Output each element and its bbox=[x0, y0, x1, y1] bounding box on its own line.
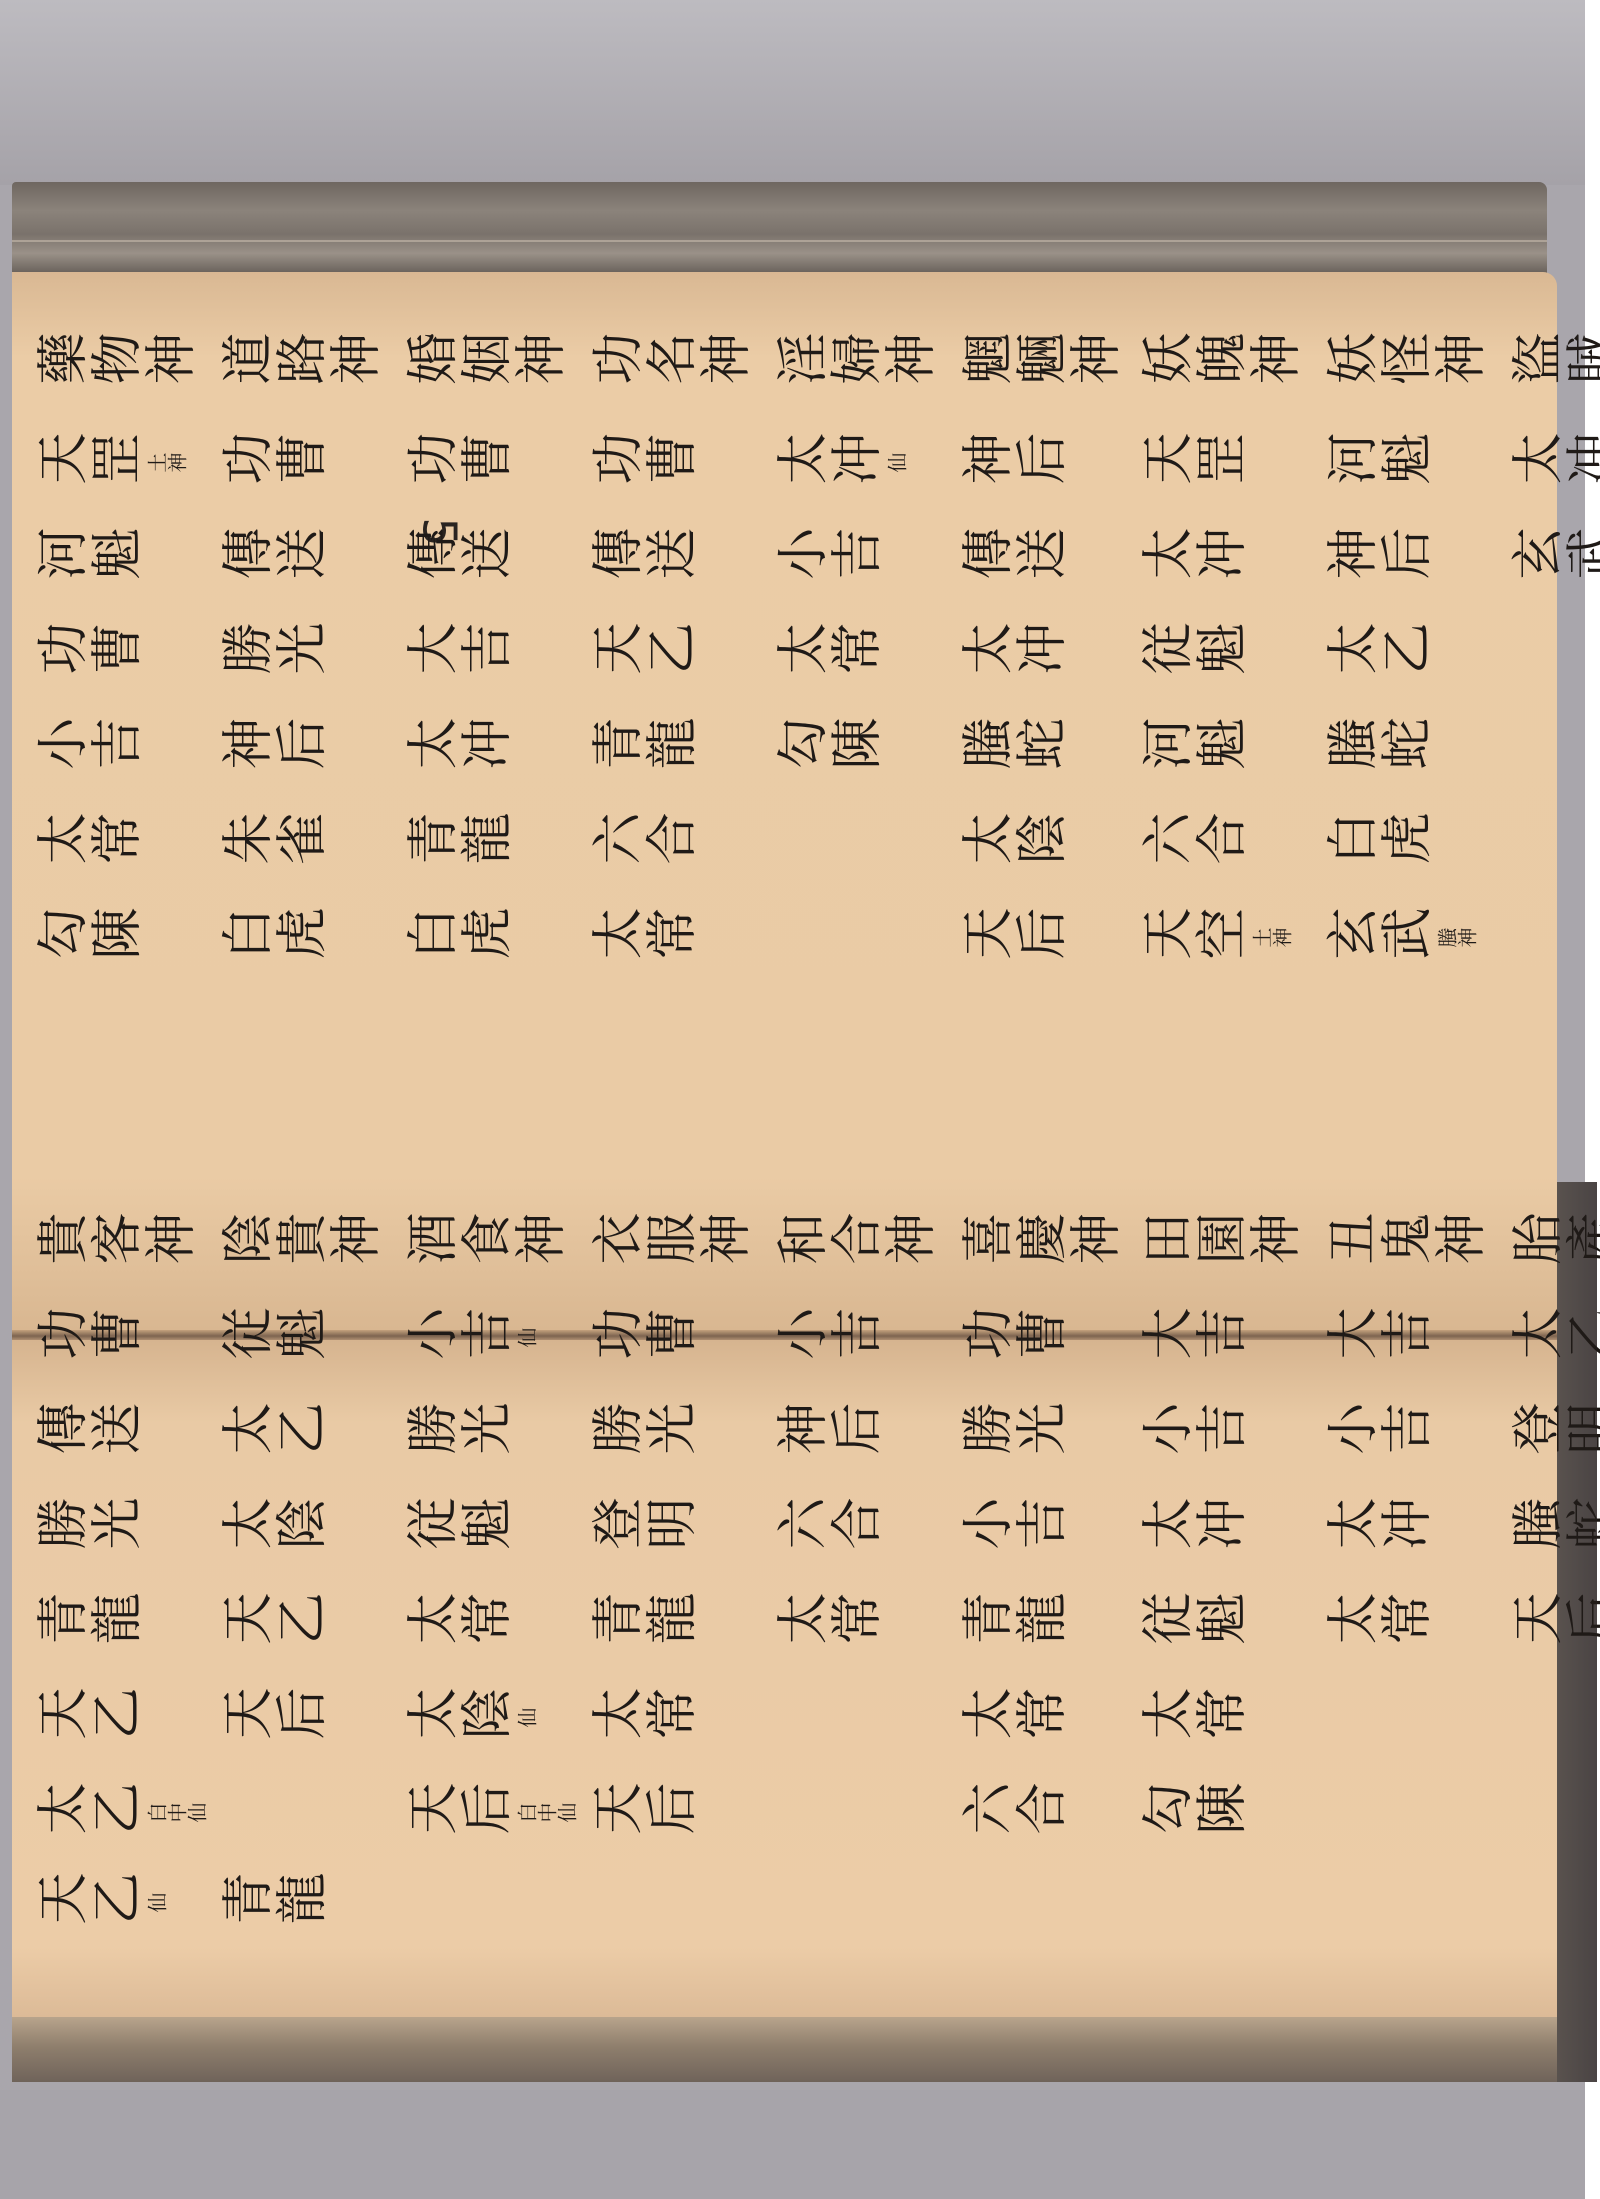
table-entry: 丑鬼神 bbox=[1325, 1218, 1487, 1270]
table-entry: 傳送 bbox=[590, 533, 698, 585]
table-entry: 従魁 bbox=[405, 1503, 513, 1555]
table-entry: 功名神 bbox=[590, 338, 752, 390]
table-entry: 太常 bbox=[1140, 1693, 1248, 1745]
table-entry: 神后 bbox=[775, 1408, 883, 1460]
table-entry: 太冲 bbox=[405, 723, 513, 775]
annotation-note: 仙 bbox=[147, 1892, 167, 1916]
table-entry: 天乙仙 bbox=[35, 1878, 167, 1930]
table-entry: 青龍 bbox=[220, 1878, 328, 1930]
table-entry: 太乙 bbox=[220, 1408, 328, 1460]
table-entry: 太陰 bbox=[960, 818, 1068, 870]
annotation-note: 土神 bbox=[1252, 927, 1292, 951]
backdrop-top bbox=[0, 0, 1600, 185]
table-entry: 淫婦神 bbox=[775, 338, 937, 390]
table-entry: 神后 bbox=[220, 723, 328, 775]
table-entry: 六合 bbox=[590, 818, 698, 870]
table-entry: 大吉 bbox=[1325, 1313, 1433, 1365]
table-entry: 衣服神 bbox=[590, 1218, 752, 1270]
table-entry: 天后 bbox=[220, 1693, 328, 1745]
annotation-note: 仙 bbox=[887, 452, 907, 476]
table-entry: 小吉 bbox=[1140, 1408, 1248, 1460]
table-entry: 螣蛇仙 bbox=[1510, 1503, 1600, 1555]
table-entry: 従魁 bbox=[220, 1313, 328, 1365]
table-entry: 功曹 bbox=[405, 438, 513, 490]
table-entry: 小吉 bbox=[35, 723, 143, 775]
table-entry: 盜賊神 bbox=[1510, 338, 1600, 390]
table-entry: 六合 bbox=[960, 1788, 1068, 1840]
table-entry: 河魁 bbox=[35, 533, 143, 585]
table-entry: 太常 bbox=[35, 818, 143, 870]
table-entry: 太陰仙 bbox=[405, 1693, 537, 1745]
table-entry: 藥物神 bbox=[35, 338, 197, 390]
table-entry: 太常 bbox=[775, 628, 883, 680]
table-entry: 太常 bbox=[960, 1693, 1068, 1745]
table-entry: 螣蛇 bbox=[1325, 723, 1433, 775]
table-entry: 青龍 bbox=[590, 1598, 698, 1650]
table-entry: 太常 bbox=[590, 913, 698, 965]
table-entry: 太冲仙 bbox=[775, 438, 907, 490]
upper-page bbox=[12, 272, 1557, 1337]
table-entry: 傳送 bbox=[35, 1408, 143, 1460]
table-entry: 天乙 bbox=[590, 628, 698, 680]
table-entry: 天后 bbox=[590, 1788, 698, 1840]
table-entry: 青龍 bbox=[590, 723, 698, 775]
table-entry: 勾陳 bbox=[775, 723, 883, 775]
annotation-note: 土神 bbox=[147, 452, 187, 476]
table-entry: 白虎 bbox=[220, 913, 328, 965]
table-entry: 太常 bbox=[775, 1598, 883, 1650]
table-entry: 河魁 bbox=[1140, 723, 1248, 775]
table-entry: 喜慶神 bbox=[960, 1218, 1122, 1270]
annotation-note: 仙 bbox=[517, 1327, 537, 1351]
table-entry: 勝光 bbox=[590, 1408, 698, 1460]
table-entry: 天罡土神 bbox=[35, 438, 187, 490]
table-entry: 天乙 bbox=[35, 1693, 143, 1745]
table-entry: 勝光 bbox=[960, 1408, 1068, 1460]
table-entry: 勝光 bbox=[405, 1408, 513, 1460]
table-entry: 傳送 bbox=[960, 533, 1068, 585]
backdrop-bottom bbox=[0, 2090, 1600, 2199]
table-entry: 白虎 bbox=[1325, 818, 1433, 870]
book-page-edges-top bbox=[12, 182, 1547, 277]
table-entry: 妖怪神 bbox=[1325, 338, 1487, 390]
table-entry: 陰貴神 bbox=[220, 1218, 382, 1270]
table-entry: 太常 bbox=[590, 1693, 698, 1745]
table-entry: 貴客神 bbox=[35, 1218, 197, 1270]
table-entry: 青龍 bbox=[405, 818, 513, 870]
table-entry: 功曹 bbox=[35, 628, 143, 680]
table-entry: 功曹 bbox=[590, 1313, 698, 1365]
table-entry: 太乙白中仙 bbox=[35, 1788, 207, 1840]
table-entry: 小吉 bbox=[960, 1503, 1068, 1555]
table-entry: 婚姻神 bbox=[405, 338, 567, 390]
table-entry: 魍魎神 bbox=[960, 338, 1122, 390]
table-entry: 六合 bbox=[775, 1503, 883, 1555]
table-entry: 天空土神 bbox=[1140, 913, 1292, 965]
table-entry: 天罡 bbox=[1140, 438, 1248, 490]
table-entry: 天后白中仙 bbox=[405, 1788, 577, 1840]
table-entry: 功曹 bbox=[35, 1313, 143, 1365]
table-entry: 太冲 bbox=[1325, 1503, 1433, 1555]
table-entry: 神后 bbox=[960, 438, 1068, 490]
table-entry: 太冲 bbox=[960, 628, 1068, 680]
annotation-note: 螣神 bbox=[1437, 927, 1477, 951]
table-entry: 勝光 bbox=[35, 1503, 143, 1555]
table-entry: 天乙 bbox=[220, 1598, 328, 1650]
annotation-note: 白中仙 bbox=[147, 1802, 207, 1826]
table-entry: 勾陳 bbox=[35, 913, 143, 965]
table-entry: 小吉 bbox=[775, 533, 883, 585]
table-entry: 和合神 bbox=[775, 1218, 937, 1270]
annotation-note: 白中仙 bbox=[517, 1802, 577, 1826]
table-entry: 六合 bbox=[1140, 818, 1248, 870]
table-entry: 大吉 bbox=[405, 628, 513, 680]
table-entry: 勾陳 bbox=[1140, 1788, 1248, 1840]
table-entry: 大吉 bbox=[1140, 1313, 1248, 1365]
table-entry: 天后 bbox=[960, 913, 1068, 965]
table-entry: 太冲 bbox=[1510, 438, 1600, 490]
table-entry: 青龍 bbox=[960, 1598, 1068, 1650]
table-entry: 勝光 bbox=[220, 628, 328, 680]
table-entry: 朱雀 bbox=[220, 818, 328, 870]
table-entry: 玄武螣神 bbox=[1325, 913, 1477, 965]
table-entry: 太乙 bbox=[1510, 1313, 1600, 1365]
table-entry: 従魁 bbox=[1140, 628, 1248, 680]
table-entry: 太常 bbox=[1325, 1598, 1433, 1650]
table-entry: 螣蛇 bbox=[960, 723, 1068, 775]
table-entry: 河魁 bbox=[1325, 438, 1433, 490]
table-entry: 功曹 bbox=[960, 1313, 1068, 1365]
table-entry: 太陰 bbox=[220, 1503, 328, 1555]
table-entry: 胎產神 bbox=[1510, 1218, 1600, 1270]
book-page-edges-bottom bbox=[12, 2017, 1572, 2082]
table-entry: 功曹 bbox=[590, 438, 698, 490]
table-entry: 妖魄神 bbox=[1140, 338, 1302, 390]
table-entry: 青龍 bbox=[35, 1598, 143, 1650]
table-entry: 小吉仙 bbox=[405, 1313, 537, 1365]
table-entry: 田園神 bbox=[1140, 1218, 1302, 1270]
table-entry: 天后 bbox=[1510, 1598, 1600, 1650]
table-entry: 白虎 bbox=[405, 913, 513, 965]
table-entry: 従魁 bbox=[1140, 1598, 1248, 1650]
table-entry: 太常 bbox=[405, 1598, 513, 1650]
table-entry: 道路神 bbox=[220, 338, 382, 390]
table-entry: 傳送 bbox=[405, 533, 513, 585]
table-entry: 登明 bbox=[1510, 1408, 1600, 1460]
table-entry: 小吉 bbox=[775, 1313, 883, 1365]
table-entry: 功曹 bbox=[220, 438, 328, 490]
table-entry: 小吉 bbox=[1325, 1408, 1433, 1460]
table-entry: 太冲 bbox=[1140, 533, 1248, 585]
table-entry: 太冲 bbox=[1140, 1503, 1248, 1555]
table-entry: 太乙 bbox=[1325, 628, 1433, 680]
table-entry: 傳送 bbox=[220, 533, 328, 585]
table-entry: 登明 bbox=[590, 1503, 698, 1555]
annotation-note: 仙 bbox=[517, 1707, 537, 1731]
table-entry: 酒食神 bbox=[405, 1218, 567, 1270]
table-entry: 神后 bbox=[1325, 533, 1433, 585]
table-entry: 玄武 bbox=[1510, 533, 1600, 585]
